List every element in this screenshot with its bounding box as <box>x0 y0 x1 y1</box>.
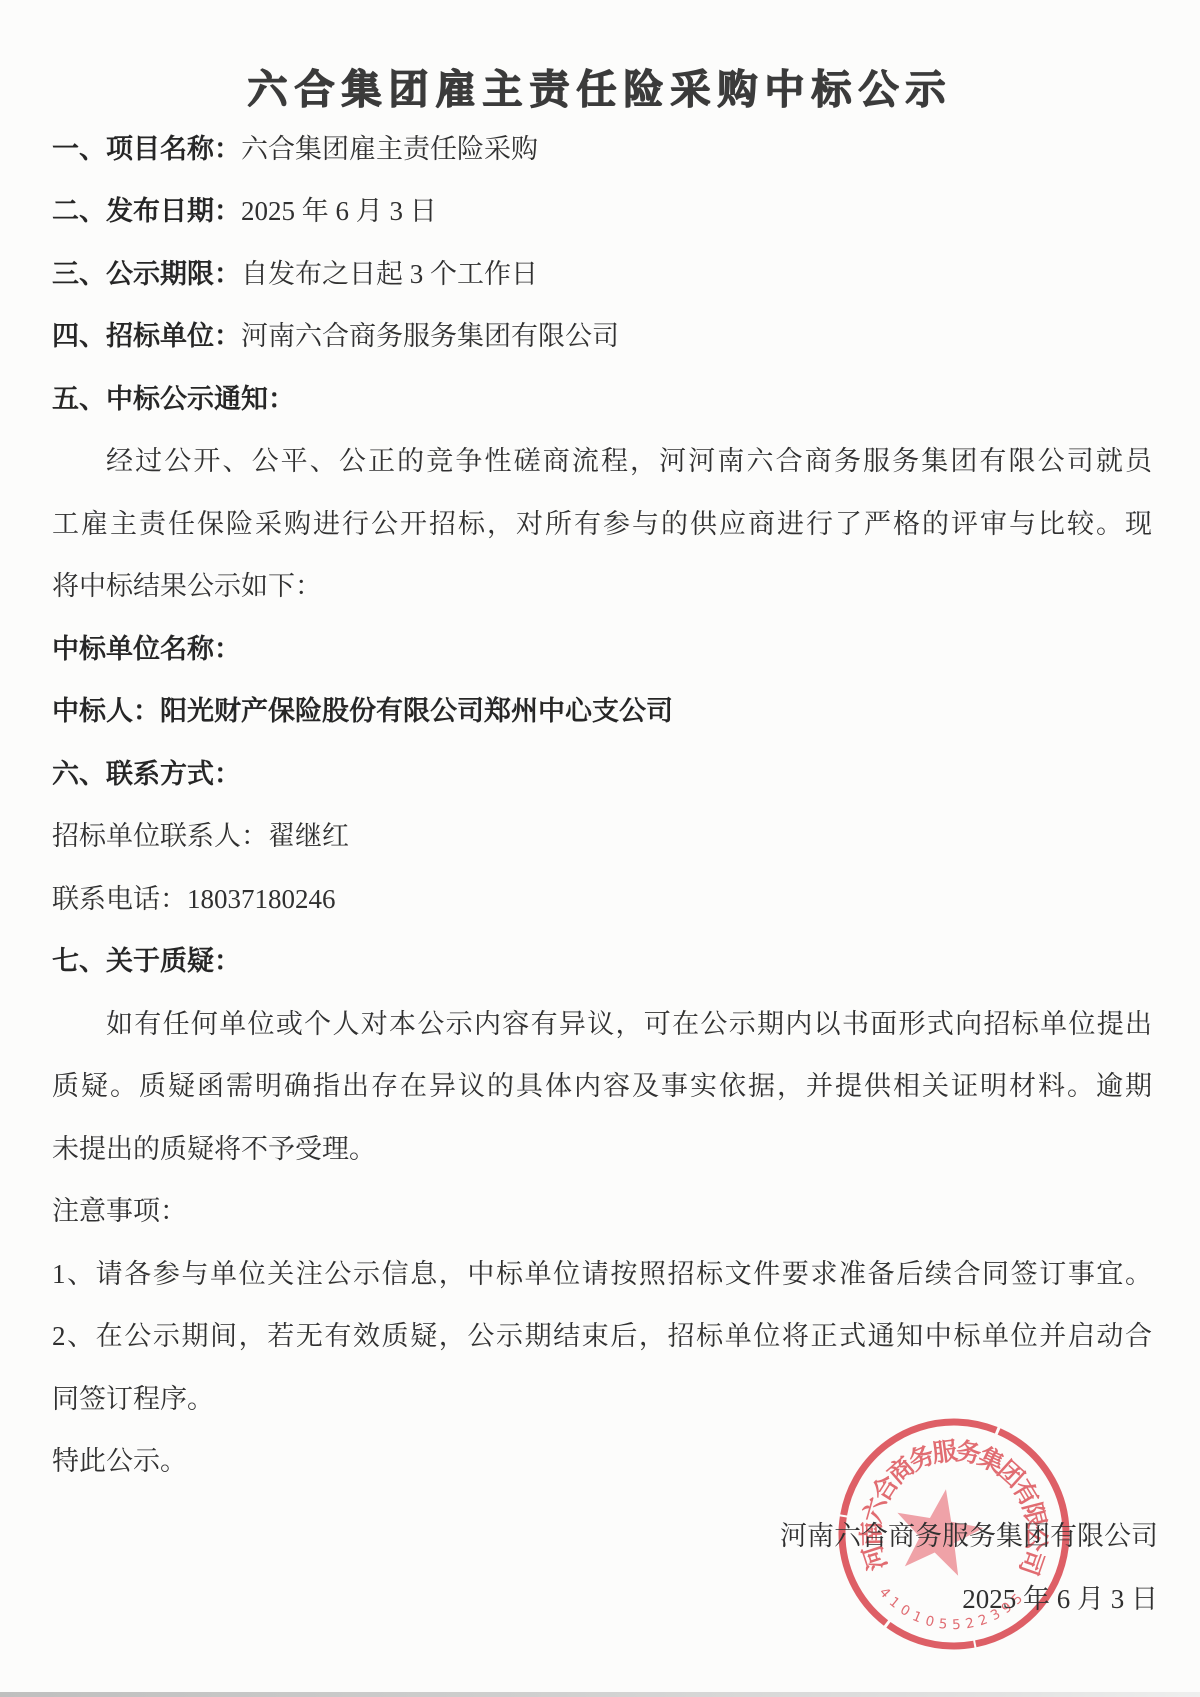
item-project-name: 一、项目名称：六合集团雇主责任险采购 <box>52 128 1152 170</box>
page-title: 六合集团雇主责任险采购中标公示 <box>0 58 1200 115</box>
award-notice-paragraph-line-3: 将中标结果公示如下： <box>52 565 1152 607</box>
notes-line-1: 1、请各参与单位关注公示信息，中标单位请按照招标文件要求准备后续合同签订事宜。 <box>52 1253 1152 1295</box>
item-publicity-period-label: 三、公示期限： <box>52 259 241 289</box>
signature-company: 河南六合商务服务集团有限公司 <box>780 1515 1158 1557</box>
item-publish-date: 二、发布日期：2025 年 6 月 3 日 <box>52 190 1152 232</box>
item-tender-unit-label: 四、招标单位： <box>52 321 241 351</box>
notes-line-2: 2、在公示期间，若无有效质疑，公示期结束后，招标单位将正式通知中标单位并启动合 <box>52 1315 1152 1357</box>
signature-date: 2025 年 6 月 3 日 <box>962 1578 1158 1620</box>
item-award-notice-heading: 五、中标公示通知： <box>52 378 1152 420</box>
award-unit-heading: 中标单位名称： <box>52 628 1152 670</box>
objection-paragraph-line-2: 质疑。质疑函需明确指出存在异议的具体内容及事实依据，并提供相关证明材料。逾期 <box>52 1065 1152 1107</box>
objection-heading: 七、关于质疑： <box>52 940 1152 982</box>
item-publish-date-value: 2025 年 6 月 3 日 <box>241 196 437 226</box>
item-publicity-period-value: 自发布之日起 3 个工作日 <box>241 259 538 289</box>
objection-paragraph-line-3: 未提出的质疑将不予受理。 <box>52 1128 1152 1170</box>
contact-phone-line: 联系电话：18037180246 <box>52 878 1152 920</box>
item-award-notice-heading-label: 五、中标公示通知： <box>52 384 295 414</box>
item-tender-unit-value: 河南六合商务服务集团有限公司 <box>241 321 619 351</box>
award-notice-paragraph-line-2: 工雇主责任保险采购进行公开招标，对所有参与的供应商进行了严格的评审与比较。现 <box>52 503 1152 545</box>
item-project-name-value: 六合集团雇主责任险采购 <box>241 134 538 164</box>
objection-paragraph-line-1: 如有任何单位或个人对本公示内容有异议，可在公示期内以书面形式向招标单位提出 <box>52 1003 1152 1045</box>
item-project-name-label: 一、项目名称： <box>52 134 241 164</box>
award-winner-line: 中标人：阳光财产保险股份有限公司郑州中心支公司 <box>52 690 1152 732</box>
scanned-notice-page: 六合集团雇主责任险采购中标公示 一、项目名称：六合集团雇主责任险采购 二、发布日… <box>0 0 1200 1697</box>
award-notice-paragraph-line-1: 经过公开、公平、公正的竞争性磋商流程，河河南六合商务服务集团有限公司就员 <box>52 440 1152 482</box>
item-publicity-period: 三、公示期限：自发布之日起 3 个工作日 <box>52 253 1152 295</box>
contact-heading: 六、联系方式： <box>52 753 1152 795</box>
scan-edge-artifact <box>0 1692 1200 1697</box>
notes-heading: 注意事项： <box>52 1190 1152 1232</box>
item-publish-date-label: 二、发布日期： <box>52 196 241 226</box>
item-tender-unit: 四、招标单位：河南六合商务服务集团有限公司 <box>52 315 1152 357</box>
contact-person-line: 招标单位联系人：翟继红 <box>52 815 1152 857</box>
